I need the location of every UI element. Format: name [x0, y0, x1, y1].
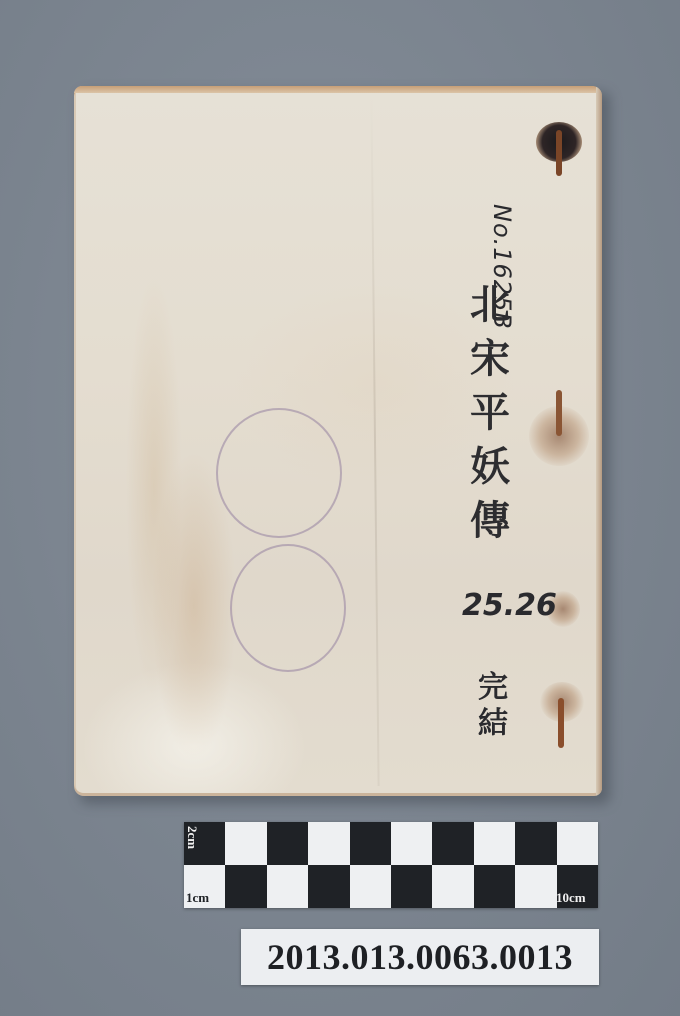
scale-cell	[391, 865, 432, 908]
title-char: 宋	[466, 332, 514, 386]
completion-mark: 完 結	[468, 670, 518, 742]
scale-cell	[557, 822, 598, 865]
scale-cell	[474, 822, 515, 865]
book-cover: No.1625B 北 宋 平 妖 傳 25.26 完 結	[74, 86, 602, 796]
scale-cell	[267, 865, 308, 908]
staple-top	[556, 130, 562, 176]
scale-cell	[350, 822, 391, 865]
scale-label-1cm: 1cm	[186, 890, 209, 906]
title-char: 妖	[466, 440, 514, 494]
scale-cell	[308, 865, 349, 908]
end-char: 結	[468, 706, 518, 742]
scale-cell	[225, 822, 266, 865]
staple-middle	[556, 390, 562, 436]
scale-cell	[515, 822, 556, 865]
scale-cell	[432, 822, 473, 865]
scale-cell	[391, 822, 432, 865]
scale-label-10cm: 10cm	[556, 890, 586, 906]
scale-cell	[515, 865, 556, 908]
scale-cell	[474, 865, 515, 908]
title-char: 平	[466, 386, 514, 440]
title-char: 北	[466, 278, 514, 332]
cover-crease	[370, 96, 379, 786]
title-char: 傳	[466, 494, 514, 548]
scale-cell	[350, 865, 391, 908]
scale-label-2cm: 2cm	[184, 826, 200, 849]
accession-number-label: 2013.013.0063.0013	[241, 929, 599, 985]
scale-cell	[225, 865, 266, 908]
scale-cell	[267, 822, 308, 865]
book-spine-edge	[596, 86, 602, 796]
book-top-edge	[74, 86, 602, 93]
staple-bottom	[558, 698, 564, 748]
seal-stamp-upper	[216, 408, 342, 538]
color-scale-bar	[184, 822, 598, 908]
scale-cell	[308, 822, 349, 865]
seal-stamp-lower	[230, 544, 346, 672]
handwritten-title: 北 宋 平 妖 傳	[466, 278, 514, 548]
volume-numbers: 25.26	[462, 584, 532, 628]
scale-cell	[432, 865, 473, 908]
end-char: 完	[468, 670, 518, 706]
